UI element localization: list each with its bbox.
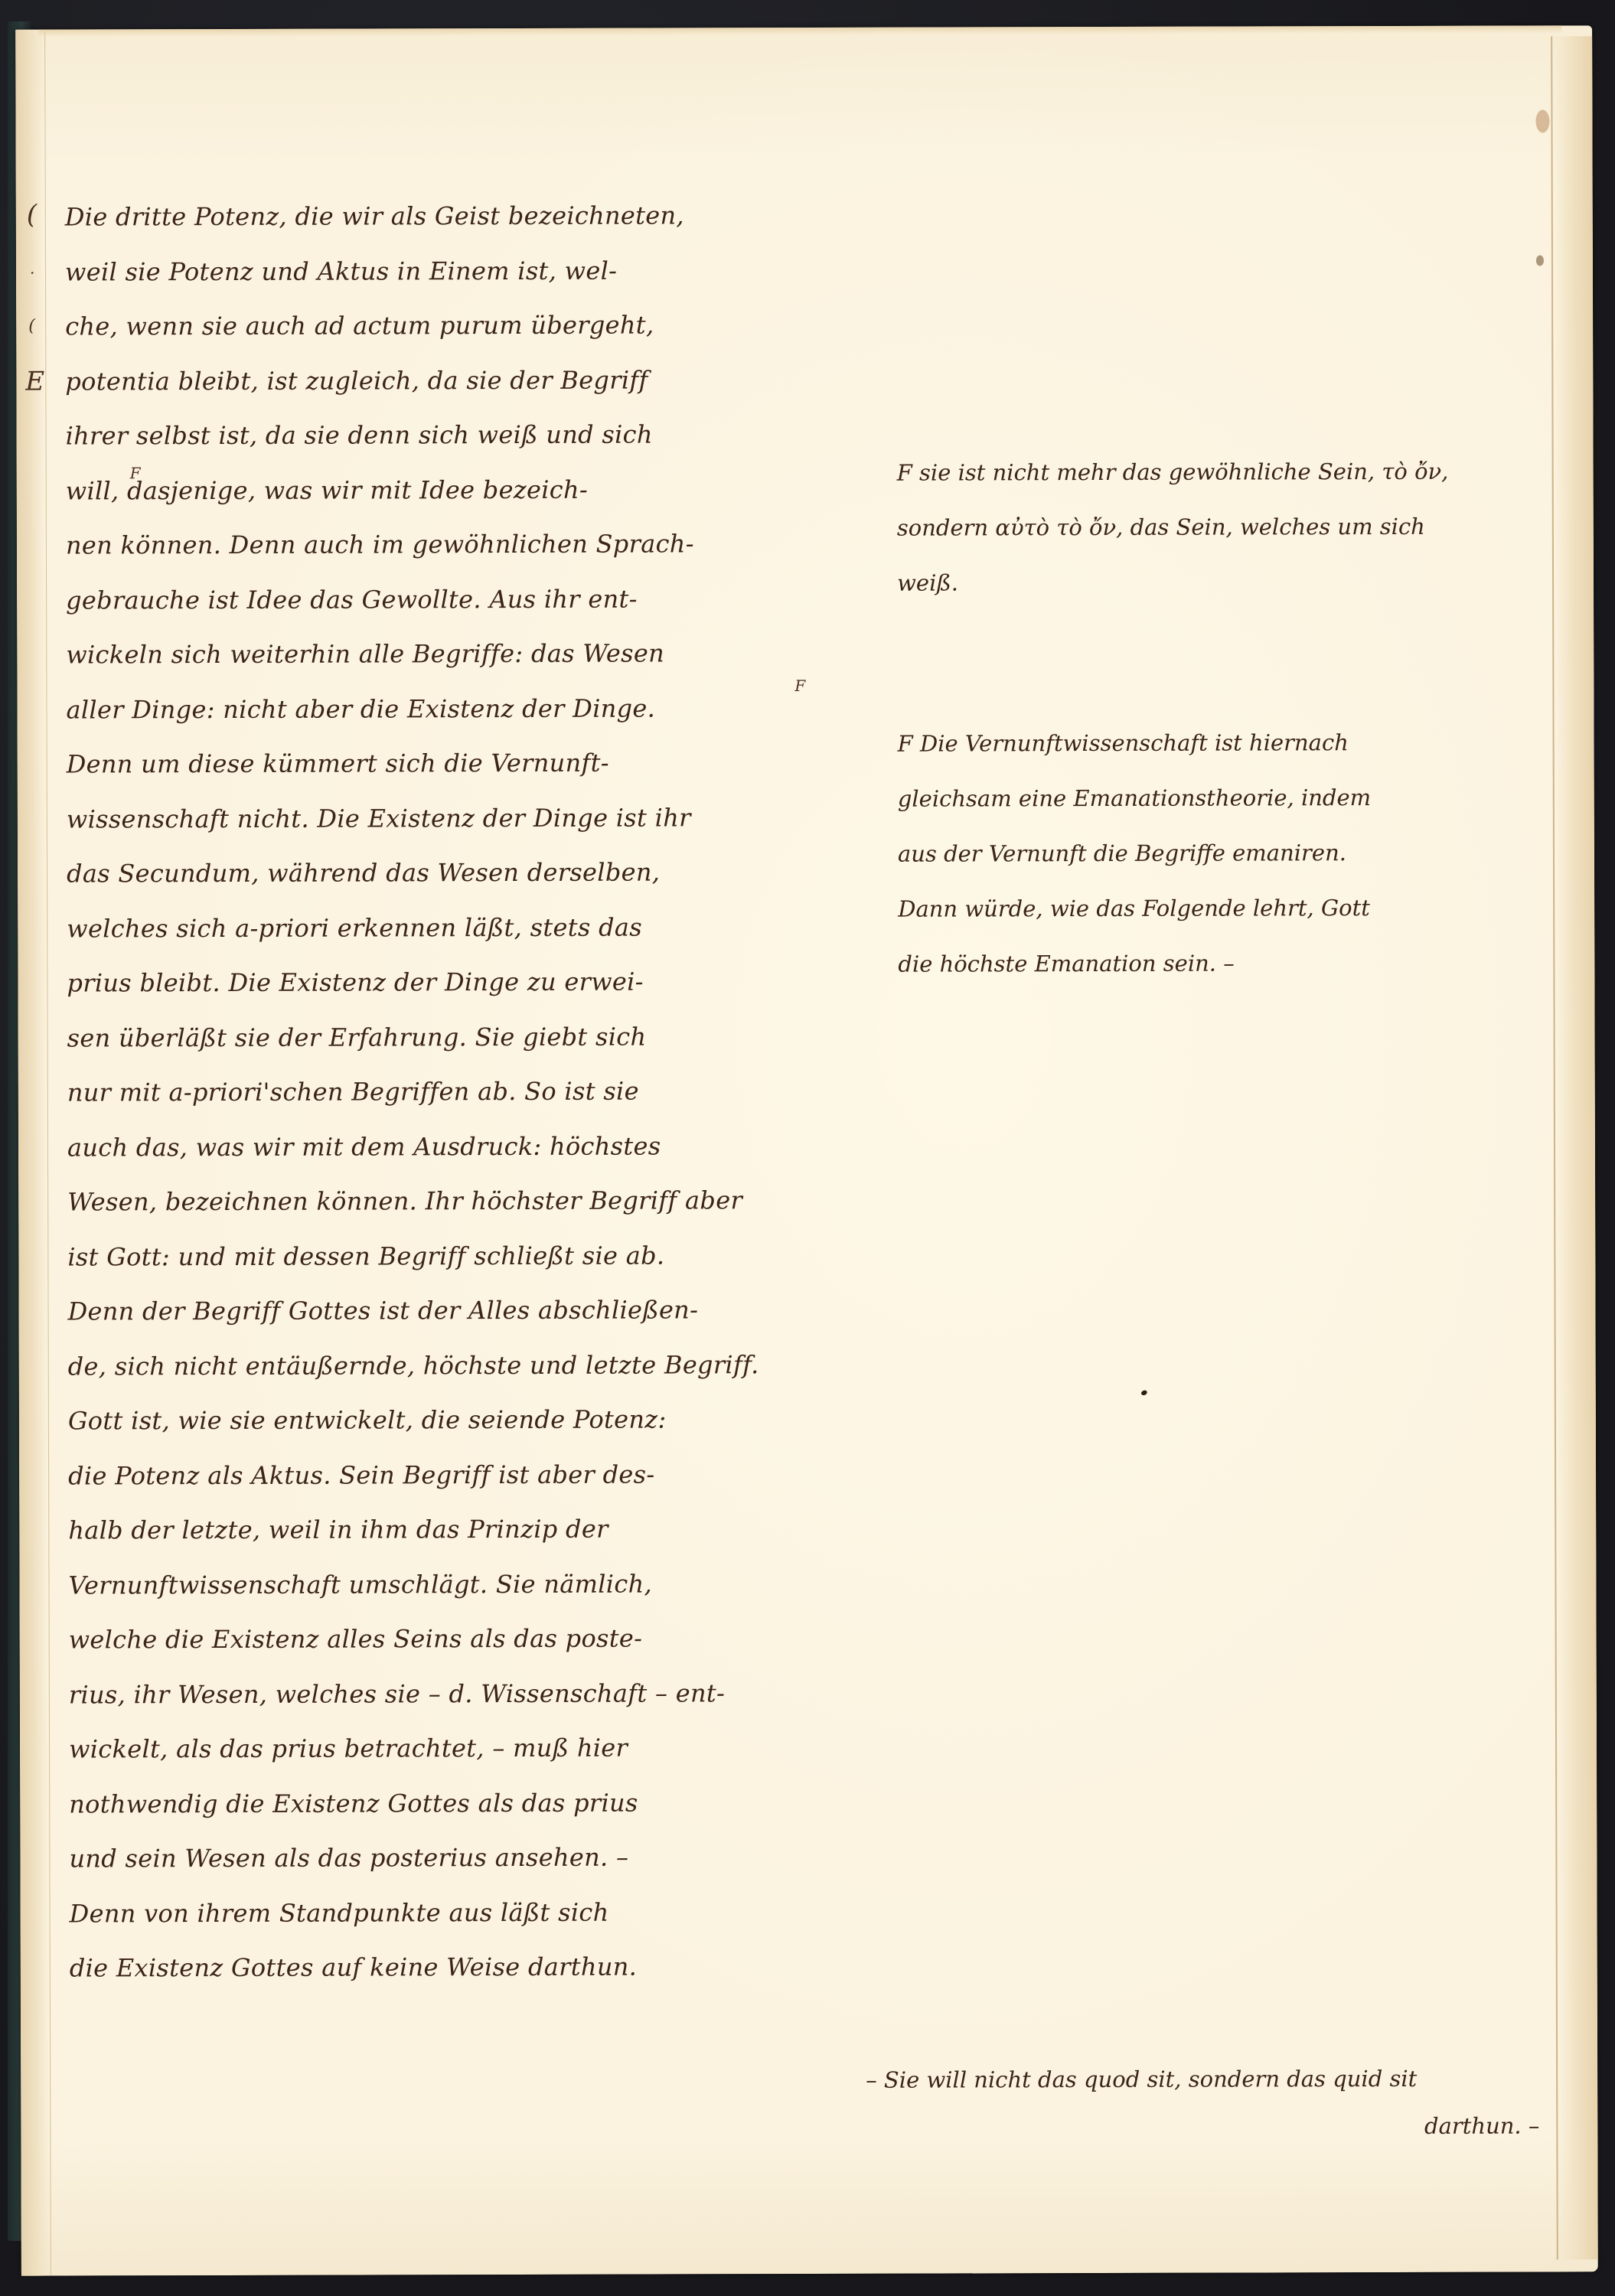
text-line: Denn von ihrem Standpunkte aus läßt sich — [70, 1884, 835, 1941]
text-line: auch das, was wir mit dem Ausdruck: höch… — [67, 1118, 833, 1175]
text-line: sen überläßt sie der Erfahrung. Sie gieb… — [67, 1009, 833, 1065]
text-line: che, wenn sie auch ad actum purum überge… — [65, 298, 830, 354]
text-line: Denn um diese kümmert sich die Vernunft- — [67, 735, 832, 792]
text-line: nur mit a-priori'schen Begriffen ab. So … — [67, 1064, 833, 1120]
side-note-line: sondern αὐτὸ τὸ ὄν, das Sein, welches um… — [897, 498, 1571, 555]
text-line: die Existenz Gottes auf keine Weise dart… — [70, 1939, 835, 1996]
text-line: welches sich a-priori erkennen läßt, ste… — [67, 899, 832, 956]
ink-blot — [1140, 1389, 1148, 1396]
margin-mark: . — [30, 259, 34, 278]
side-note-line: F Die Vernunftwissenschaft ist hiernach — [898, 714, 1571, 771]
water-stain — [1535, 109, 1549, 132]
side-note-line: darthun. – — [866, 2102, 1539, 2150]
text-line: Die dritte Potenz, die wir als Geist bez… — [65, 188, 830, 245]
text-line: die Potenz als Aktus. Sein Begriff ist a… — [68, 1446, 834, 1503]
text-line: das Secundum, während das Wesen derselbe… — [67, 845, 832, 902]
text-line: halb der letzte, weil in ihm das Prinzip… — [68, 1502, 834, 1558]
text-line: Denn der Begriff Gottes ist der Alles ab… — [67, 1283, 833, 1339]
page-right-edge — [1551, 36, 1598, 2259]
side-note-line: – Sie will nicht das quod sit, sondern d… — [866, 2053, 1539, 2104]
text-line: wickeln sich weiterhin alle Begriffe: da… — [66, 626, 831, 683]
margin-mark: E — [25, 367, 44, 397]
text-line: nothwendig die Existenz Gottes als das p… — [69, 1775, 834, 1831]
side-note-line: gleichsam eine Emanationstheorie, indem — [898, 769, 1571, 826]
manuscript-page: ( . ( E Die dritte Potenz, die wir als G… — [15, 25, 1598, 2275]
text-line: prius bleibt. Die Existenz der Dinge zu … — [67, 954, 832, 1011]
text-line: wissenschaft nicht. Die Existenz der Din… — [67, 790, 832, 846]
text-line: rius, ihr Wesen, welches sie – d. Wissen… — [69, 1665, 834, 1722]
text-line: gebrauche ist Idee das Gewollte. Aus ihr… — [66, 571, 831, 628]
text-line: und sein Wesen als das posterius ansehen… — [69, 1830, 834, 1887]
margin-mark: ( — [28, 317, 35, 336]
side-note-2: F Die Vernunftwissenschaft ist hiernach … — [898, 714, 1572, 991]
text-line: weil sie Potenz und Aktus in Einem ist, … — [65, 243, 830, 299]
side-note-line: weiß. — [897, 553, 1571, 610]
text-line: Vernunftwissenschaft umschlägt. Sie näml… — [68, 1556, 834, 1613]
side-note-line: F sie ist nicht mehr das gewöhnliche Sei… — [897, 443, 1571, 500]
text-line: Gott ist, wie sie entwickelt, die seiend… — [68, 1392, 834, 1449]
side-note-line: aus der Vernunft die Begriffe emaniren. — [898, 824, 1571, 881]
text-line: de, sich nicht entäußernde, höchste und … — [68, 1337, 834, 1394]
text-line: ihrer selbst ist, da sie denn sich weiß … — [65, 407, 830, 464]
side-note-line: Dann würde, wie das Folgende lehrt, Gott — [898, 879, 1571, 936]
text-line: will, dasjenige, was wir mit Idee bezeic… — [66, 461, 831, 518]
text-line: welche die Existenz alles Seins als das … — [69, 1611, 834, 1668]
margin-mark: ( — [27, 200, 37, 230]
side-note-1: F sie ist nicht mehr das gewöhnliche Sei… — [897, 443, 1571, 610]
side-note-line: die höchste Emanation sein. – — [898, 934, 1571, 991]
text-line: ist Gott: und mit dessen Begriff schließ… — [67, 1228, 833, 1284]
water-stain — [1536, 255, 1544, 266]
text-line: wickelt, als das prius betrachtet, – muß… — [69, 1720, 834, 1777]
text-line: aller Dinge: nicht aber die Existenz der… — [66, 680, 831, 737]
text-line: Wesen, bezeichnen können. Ihr höchster B… — [67, 1173, 833, 1230]
main-text-column: Die dritte Potenz, die wir als Geist bez… — [65, 188, 835, 1996]
text-line: potentia bleibt, ist zugleich, da sie de… — [65, 352, 830, 409]
text-line: nen können. Denn auch im gewöhnlichen Sp… — [66, 517, 831, 573]
side-note-3: – Sie will nicht das quod sit, sondern d… — [866, 2053, 1539, 2150]
